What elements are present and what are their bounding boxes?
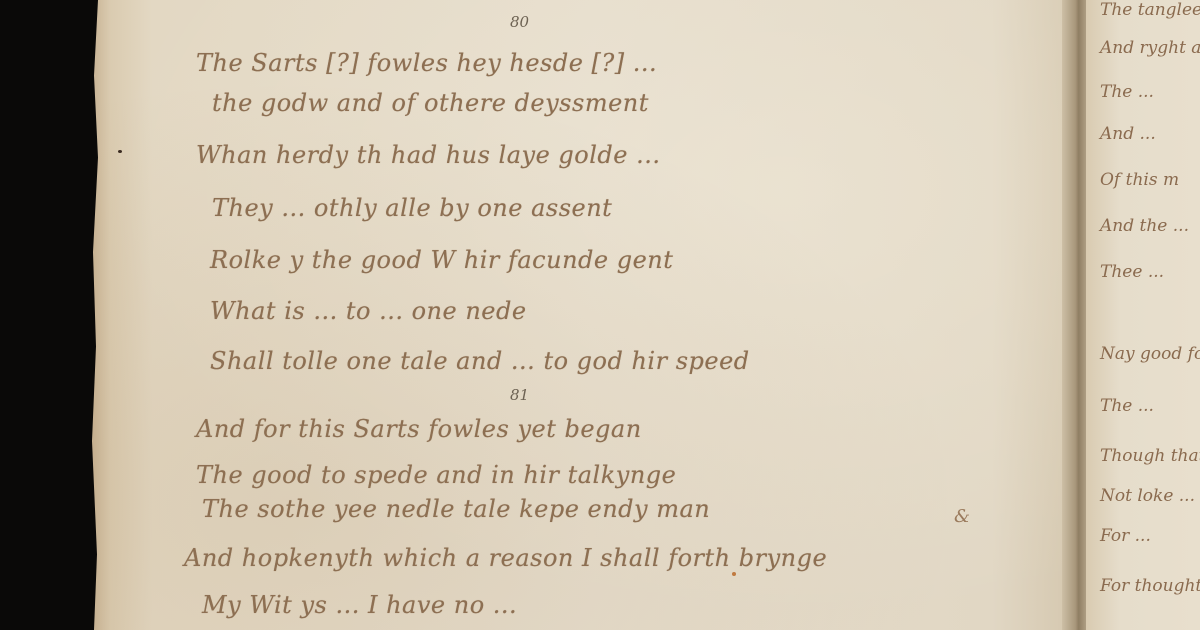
verse-line: And for this Sarts fowles yet began [196,414,642,444]
verse-line: Whan herdy th had hus laye golde ... [196,140,661,170]
facing-page: The tanglee And ryght a The ... And ... … [1086,0,1200,630]
facing-line: For thought [1100,576,1200,596]
facing-line: For ... [1100,526,1151,546]
verse-line: The sothe yee nedle tale kepe endy man [202,494,710,524]
verse-line: the godw and of othere deyssment [212,88,649,118]
facing-line: The ... [1100,396,1154,416]
stanza-number-80: 80 [510,13,529,31]
facing-line: Though that [1100,446,1200,466]
ink-speck [732,572,736,576]
verse-line: And hopkenyth which a reason I shall for… [184,543,827,573]
manuscript-leaf: 80 The Sarts [?] fowles hey hesde [?] ..… [92,0,1082,630]
facing-line: The ... [1100,82,1154,102]
facing-line: Of this m [1100,170,1179,190]
facing-line: And the ... [1100,216,1189,236]
verse-line: What is ... to ... one nede [210,296,527,326]
facing-line: Thee ... [1100,262,1164,282]
verse-line: My Wit ys ... I have no ... [202,590,517,620]
facing-line: And ryght a [1100,38,1200,58]
facing-line: The tanglee [1100,0,1200,20]
verse-line: The good to spede and in hir talkynge [196,460,676,490]
margin-mark: & [954,506,970,527]
facing-line: And ... [1100,124,1156,144]
facing-line: Not loke ... [1100,486,1195,506]
verse-line: Rolke y the good W hir facunde gent [210,245,673,275]
ink-speck [118,150,122,153]
verse-line: Shall tolle one tale and ... to god hir … [210,346,750,376]
dark-background [0,0,96,630]
verse-line: The Sarts [?] fowles hey hesde [?] ... [196,48,657,78]
stanza-number-81: 81 [510,386,529,404]
verse-line: They ... othly alle by one assent [212,193,612,223]
facing-line: Nay good for [1100,344,1200,364]
